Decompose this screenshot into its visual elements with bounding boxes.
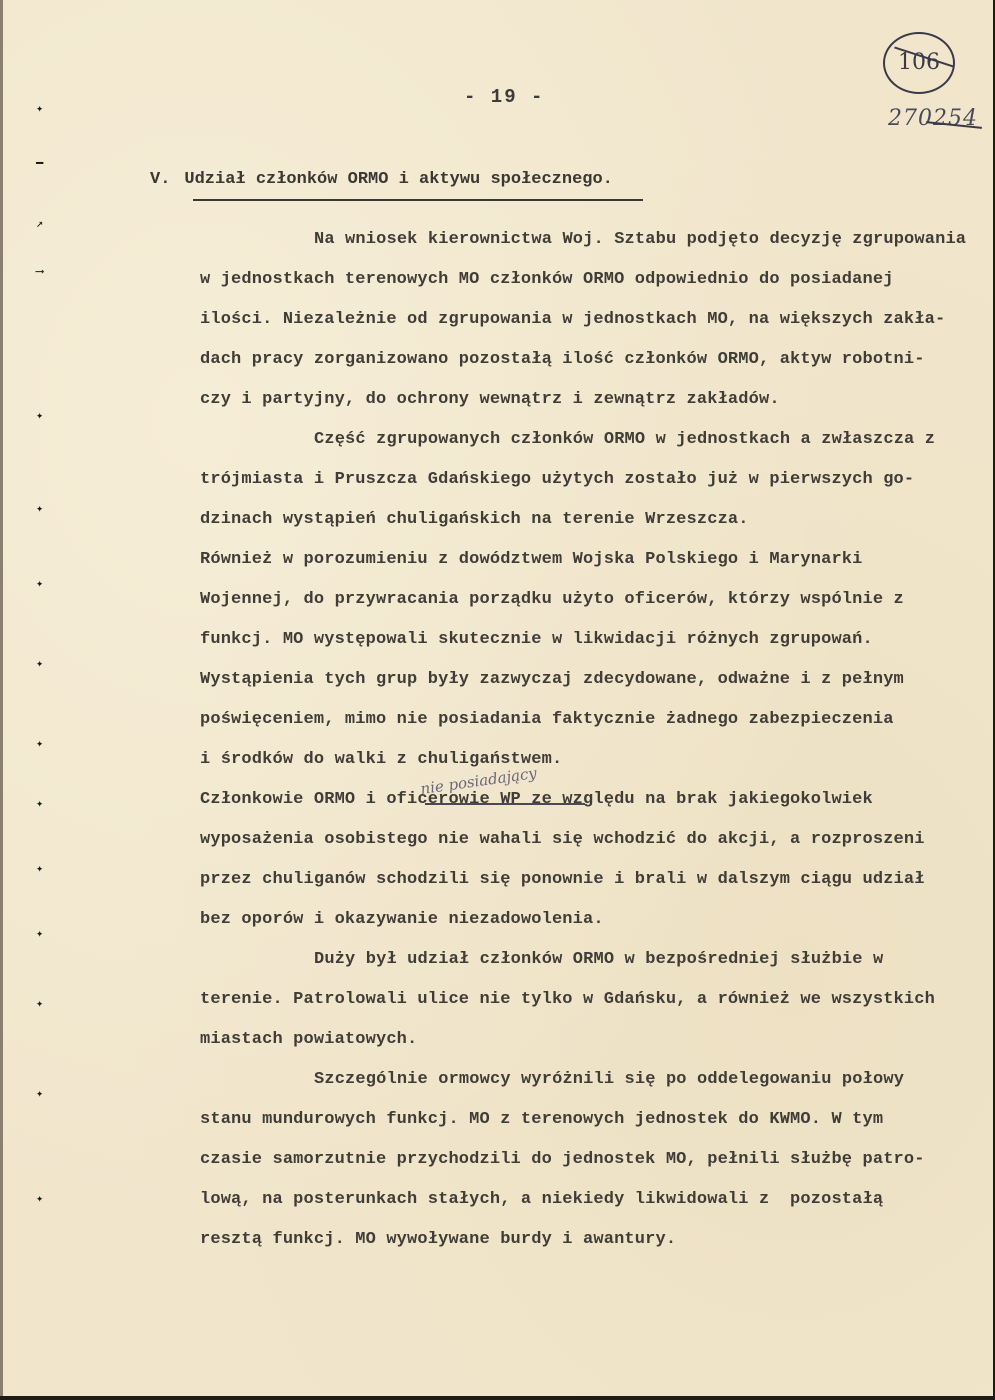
section-title: Udział członków ORMO i aktywu społeczneg… [184, 170, 612, 189]
text-line: Szczególnie ormowcy wyróżnili się po odd… [314, 1070, 904, 1089]
margin-mark-icon: ✦ [36, 1195, 44, 1203]
text-line: Członkowie ORMO i oficerowie WP ze wzglę… [200, 790, 873, 809]
text-line: miastach powiatowych. [200, 1030, 417, 1049]
margin-mark-icon: ━ [36, 160, 44, 168]
text-line: Również w porozumieniu z dowództwem Wojs… [200, 550, 863, 569]
text-line: stanu mundurowych funkcj. MO z terenowyc… [200, 1110, 883, 1129]
margin-mark-icon: ✦ [36, 1090, 44, 1098]
section-heading: V.Udział członków ORMO i aktywu społeczn… [150, 170, 613, 189]
text-line: czy i partyjny, do ochrony wewnątrz i ze… [200, 390, 780, 409]
margin-mark-icon: ✦ [36, 865, 44, 873]
text-line: poświęceniem, mimo nie posiadania faktyc… [200, 710, 894, 729]
text-line: wyposażenia osobistego nie wahali się wc… [200, 830, 925, 849]
text-line: lową, na posterunkach stałych, a niekied… [200, 1190, 883, 1209]
text-line: Wystąpienia tych grup były zazwyczaj zde… [200, 670, 904, 689]
document-page: - 19 - 106 270254 V.Udział członków ORMO… [0, 0, 993, 1396]
text-line: resztą funkcj. MO wywoływane burdy i awa… [200, 1230, 676, 1249]
archive-number: 270254 [888, 106, 978, 131]
margin-mark-icon: ✦ [36, 105, 44, 113]
text-line: ilości. Niezależnie od zgrupowania w jed… [200, 310, 945, 329]
heading-underline [193, 199, 643, 201]
margin-mark-icon: ✦ [36, 800, 44, 808]
margin-mark-icon: ⟶ [36, 268, 44, 276]
page-number: - 19 - [464, 86, 544, 108]
text-line: Na wniosek kierownictwa Woj. Sztabu podj… [314, 230, 966, 249]
text-line: czasie samorzutnie przychodzili do jedno… [200, 1150, 925, 1169]
text-line: Duży był udział członków ORMO w bezpośre… [314, 950, 883, 969]
text-line: Wojennej, do przywracania porządku użyto… [200, 590, 904, 609]
margin-mark-icon: ↗ [36, 220, 44, 228]
text-line: i środków do walki z chuligaństwem. [200, 750, 562, 769]
margin-mark-icon: ✦ [36, 580, 44, 588]
text-line: dach pracy zorganizowano pozostałą ilość… [200, 350, 925, 369]
text-line: Część zgrupowanych członków ORMO w jedno… [314, 430, 935, 449]
margin-mark-icon: ✦ [36, 412, 44, 420]
margin-mark-icon: ✦ [36, 930, 44, 938]
text-line: przez chuliganów schodzili się ponownie … [200, 870, 925, 889]
margin-mark-icon: ✦ [36, 660, 44, 668]
text-line: funkcj. MO występowali skutecznie w likw… [200, 630, 873, 649]
margin-mark-icon: ✦ [36, 505, 44, 513]
archive-marks: 106 270254 [880, 30, 990, 140]
archive-number-text: 270254 [888, 106, 978, 131]
text-line: bez oporów i okazywanie niezadowolenia. [200, 910, 604, 929]
text-line: w jednostkach terenowych MO członków ORM… [200, 270, 894, 289]
text-line: trójmiasta i Pruszcza Gdańskiego użytych… [200, 470, 914, 489]
archive-stamp-circled: 106 [883, 32, 955, 94]
text-line: terenie. Patrolowali ulice nie tylko w G… [200, 990, 935, 1009]
text-line: dzinach wystąpień chuligańskich na teren… [200, 510, 749, 529]
margin-mark-icon: ✦ [36, 1000, 44, 1008]
margin-mark-icon: ✦ [36, 740, 44, 748]
section-numeral: V. [150, 170, 170, 189]
